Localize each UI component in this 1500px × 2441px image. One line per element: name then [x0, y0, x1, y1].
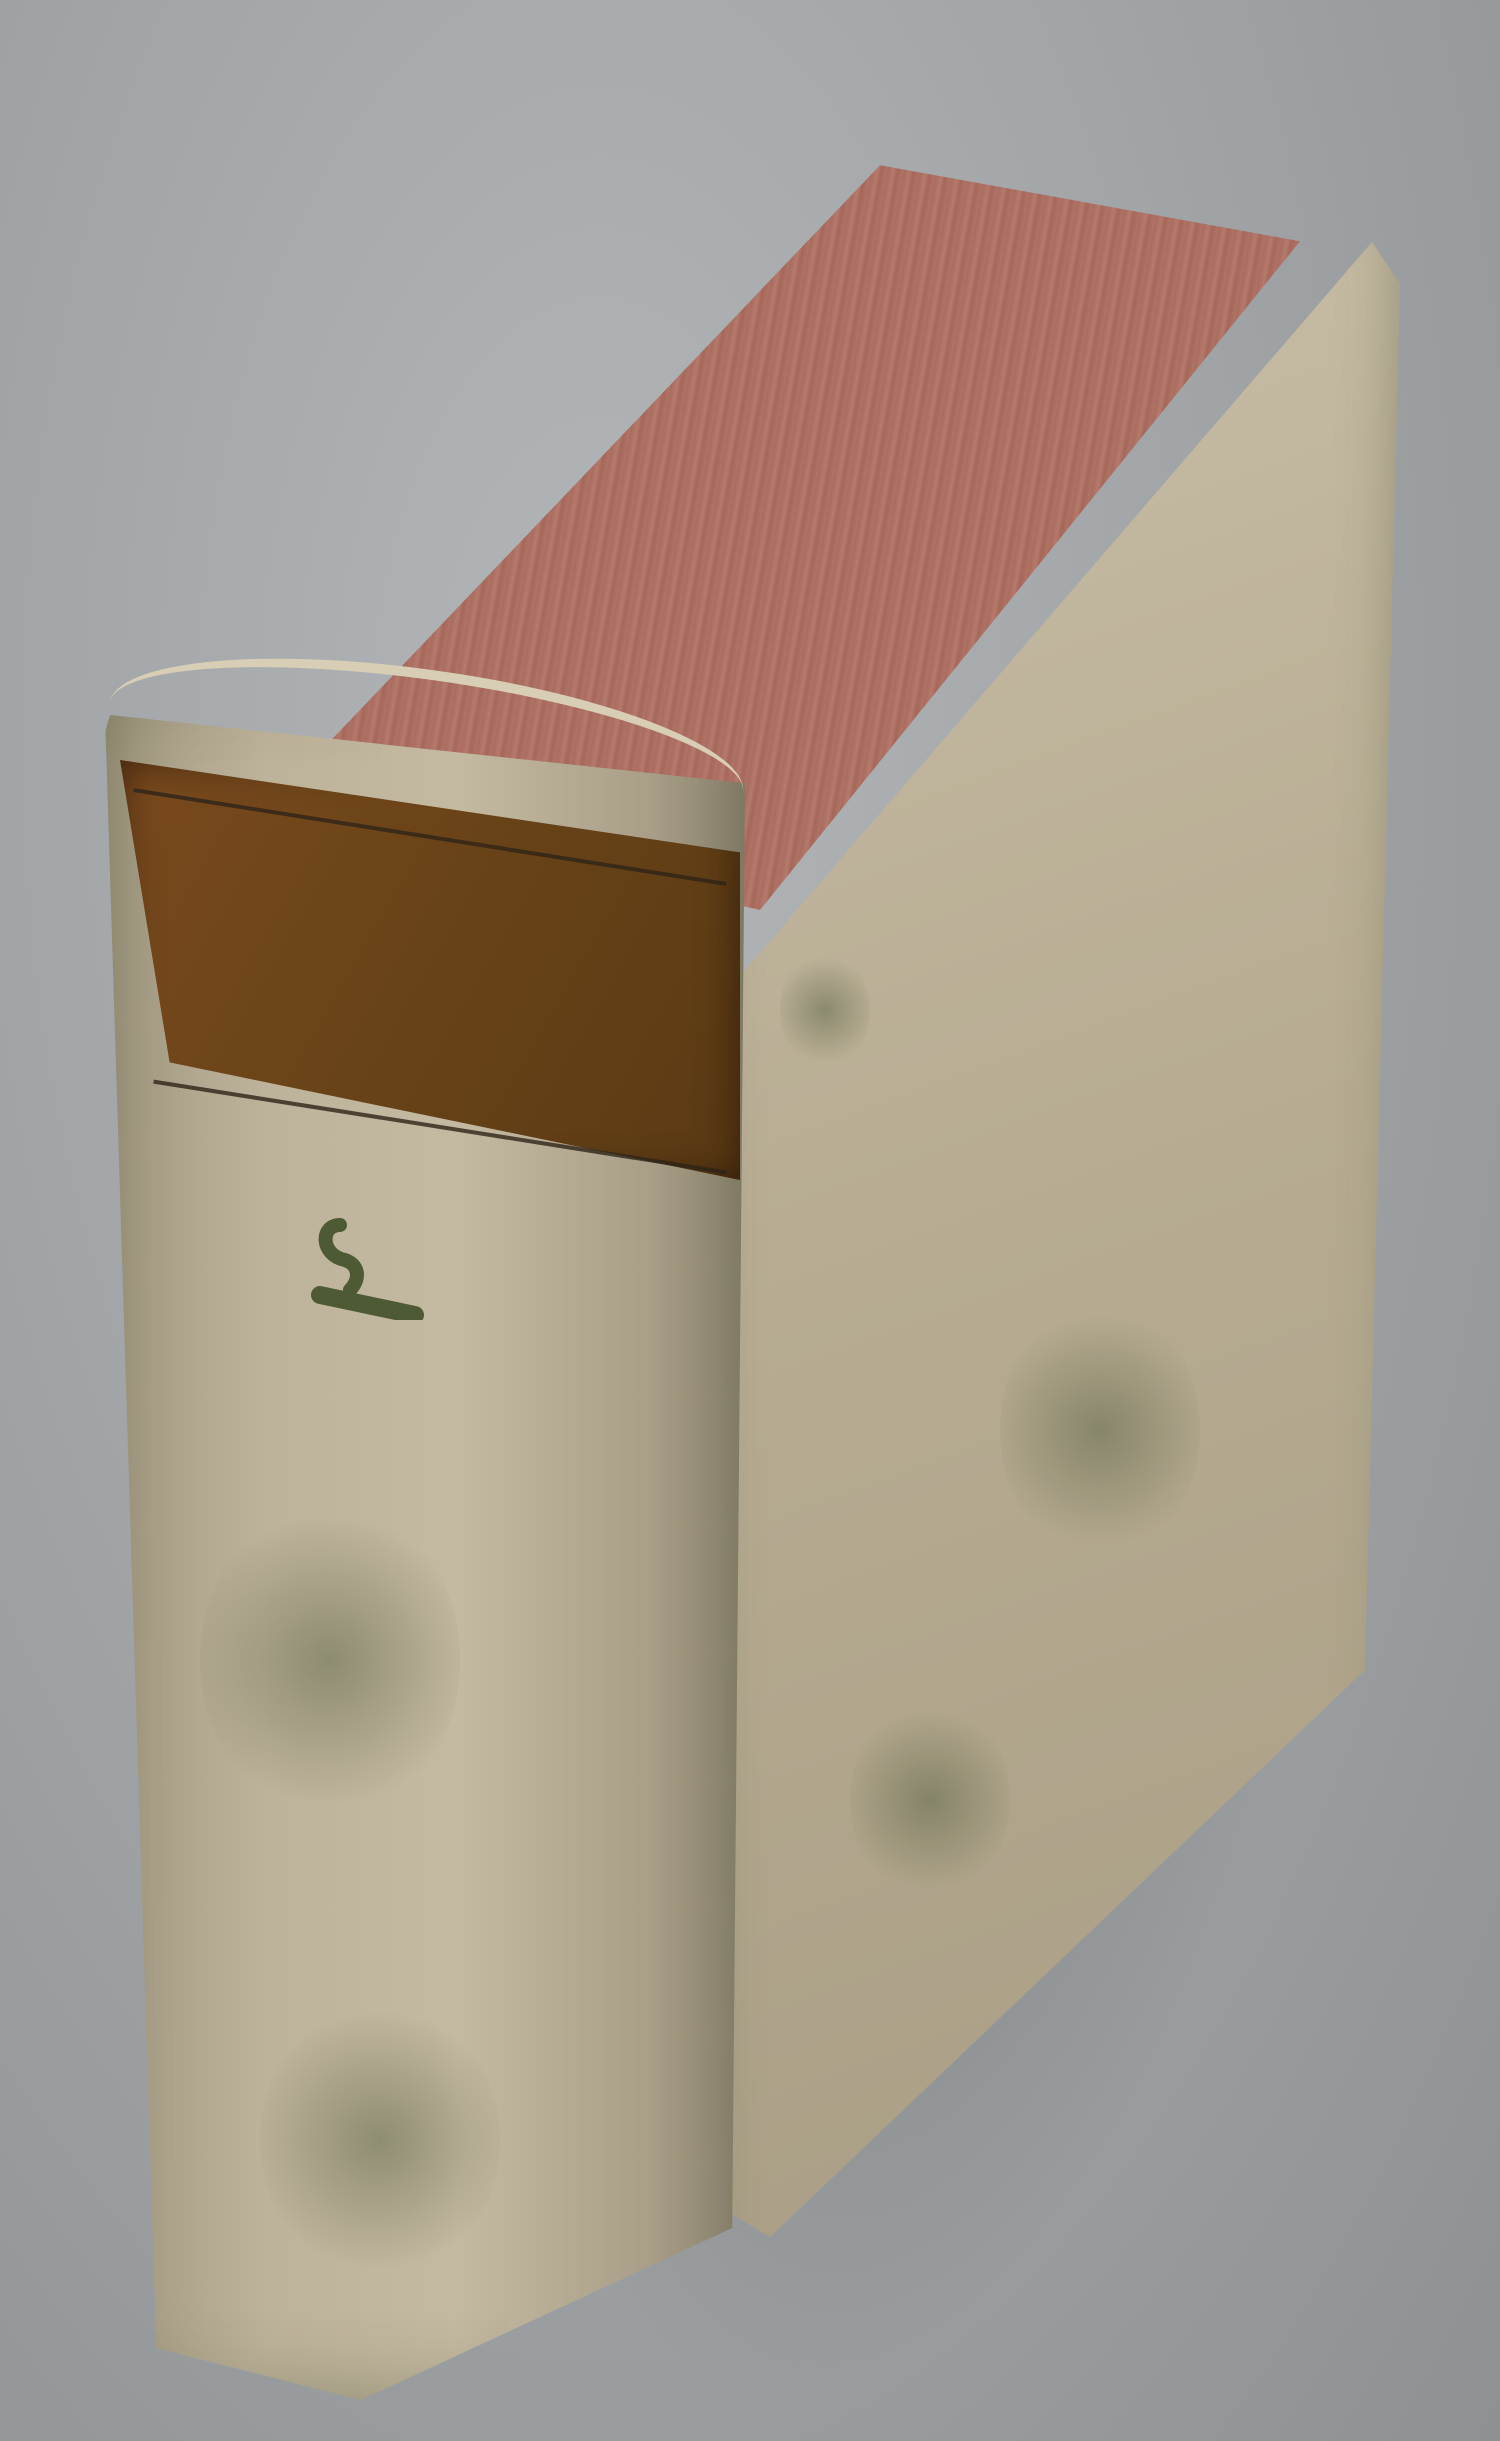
mold-spot: [200, 1500, 460, 1820]
shelf-mark-icon: [300, 1210, 430, 1320]
mold-spot: [780, 950, 870, 1070]
mold-spot: [850, 1700, 1010, 1900]
book-photo: [0, 0, 1500, 2441]
mold-spot: [260, 2000, 500, 2280]
mold-spot: [1000, 1300, 1200, 1560]
